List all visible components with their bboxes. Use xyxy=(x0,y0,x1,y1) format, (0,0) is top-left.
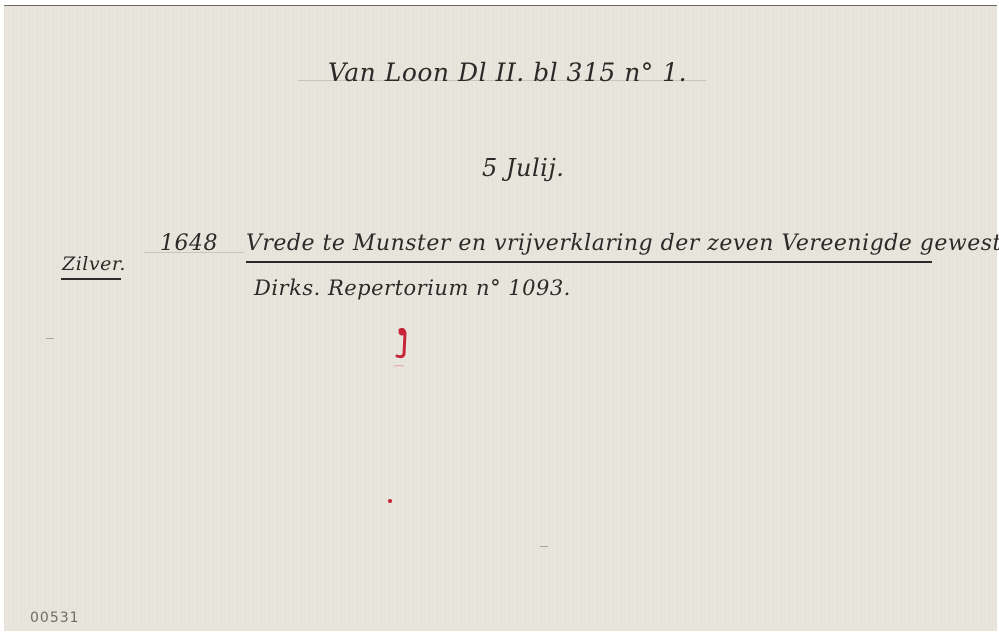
margin-tick xyxy=(540,546,548,547)
card-header-reference: Van Loon Dl II. bl 315 n° 1. xyxy=(328,58,687,87)
red-ink-mark-icon xyxy=(394,328,414,368)
inventory-number: 00531 xyxy=(30,610,80,626)
card-title: Vrede te Munster en vrijverklaring der z… xyxy=(246,231,999,256)
red-ink-dot xyxy=(388,499,392,503)
card-reference: Dirks. Repertorium n° 1093. xyxy=(254,276,571,300)
card-year: 1648 xyxy=(160,231,218,256)
category-underline xyxy=(61,278,121,280)
title-underline xyxy=(246,261,932,263)
margin-tick xyxy=(46,338,54,339)
card-category: Zilver. xyxy=(62,253,126,275)
index-card: Van Loon Dl II. bl 315 n° 1. 5 Julij. 16… xyxy=(4,5,997,631)
card-date: 5 Julij. xyxy=(482,154,564,182)
